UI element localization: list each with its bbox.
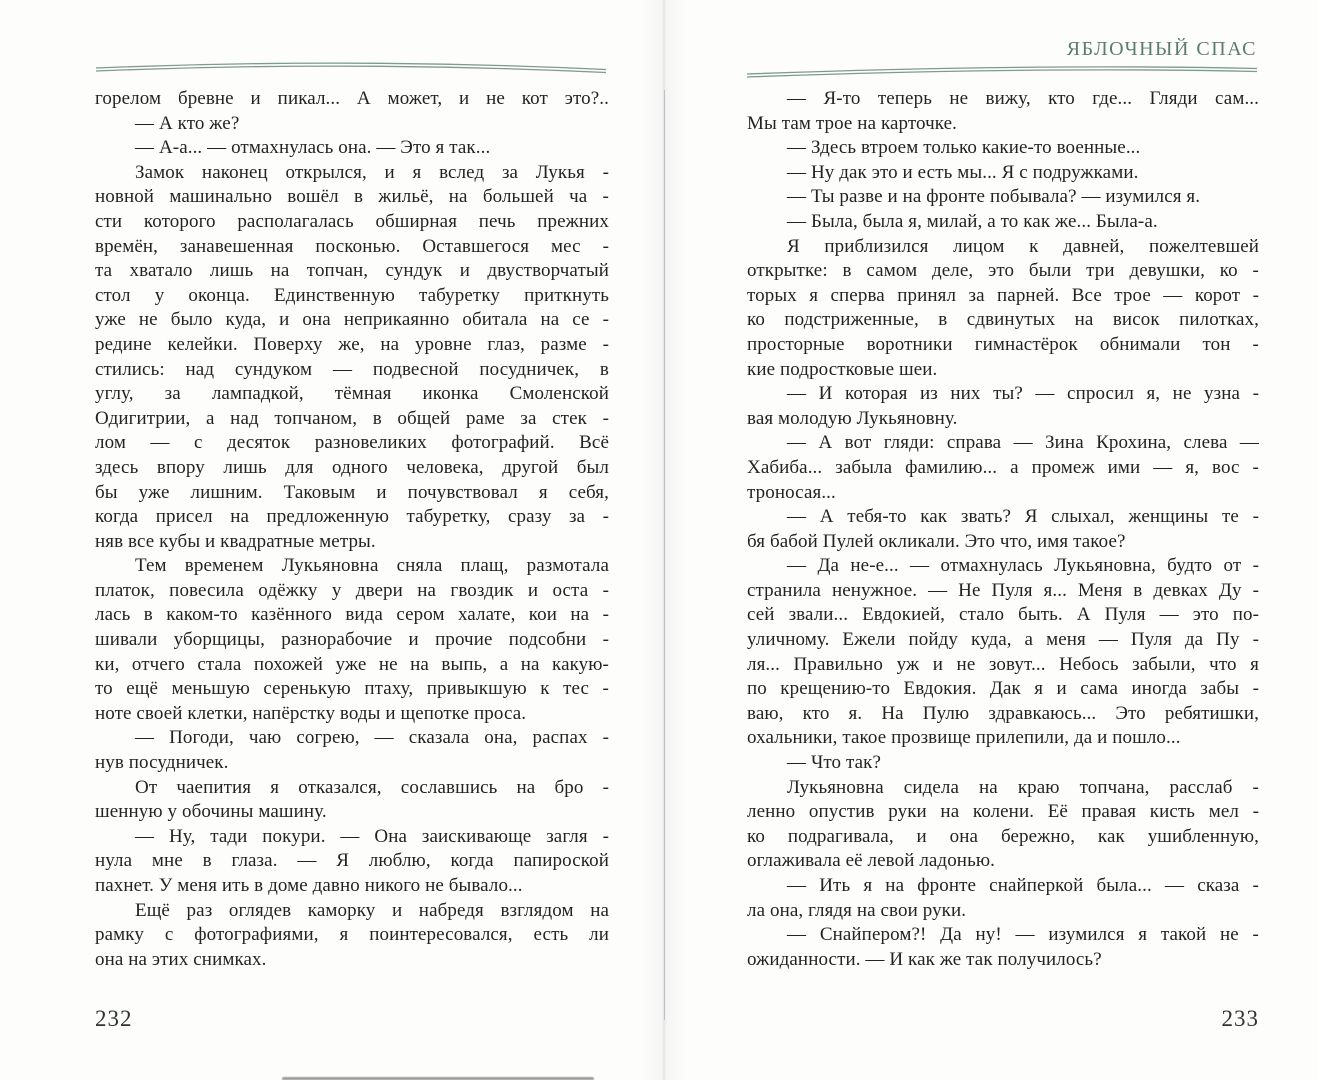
text-line: Ещё раз оглядев каморку и набредя взгляд… (95, 899, 609, 924)
text-line: ла она, глядя на свои руки. (747, 899, 1259, 924)
text-line: редине келейки. Поверху же, на уровне гл… (95, 333, 609, 358)
text-line: Хабиба... забыла фамилию... а промеж ими… (747, 456, 1259, 481)
page-number-left: 232 (95, 1006, 133, 1032)
text-line: времён, занавешенная посконью. Оставшего… (95, 235, 609, 260)
text-line: странила ненужное. — Не Пуля я... Меня в… (747, 579, 1259, 604)
text-line: — Ну дак это и есть мы... Я с подружками… (747, 161, 1259, 186)
text-line: Я приблизился лицом к давней, пожелтевше… (747, 235, 1259, 260)
text-line: — Была, была я, милай, а то как же... Бы… (747, 210, 1259, 235)
text-line: оглаживала её левой ладонью. (747, 849, 1259, 874)
text-line: уже не было куда, и она неприкаянно обит… (95, 308, 609, 333)
text-line: нув посудничек. (95, 751, 609, 776)
text-line: нула мне в глаза. — Я люблю, когда папир… (95, 849, 609, 874)
left-page-text: горелом бревне и пикал... А может, и не … (95, 87, 609, 972)
text-line: ноте своей клетки, напёрстку воды и щепо… (95, 702, 609, 727)
header-rule-left (94, 58, 609, 74)
text-line: — Ты разве и на фронте побывала? — изуми… (747, 185, 1259, 210)
text-line: От чаепития я отказался, сославшись на б… (95, 776, 609, 801)
text-line: ля... Правильно уж и не зовут... Небось … (747, 653, 1259, 678)
text-line: лась в каком-то казённого вида сером хал… (95, 603, 609, 628)
text-line: — Снайпером?! Да ну! — изумился я такой … (747, 923, 1259, 948)
gutter-crease-line (664, 90, 665, 1020)
text-line: торых я сперва принял за парней. Все тро… (747, 284, 1259, 309)
text-line: Лукьяновна сидела на краю топчана, рассл… (747, 776, 1259, 801)
text-line: ки, отчего стала похожей уже не на выпь,… (95, 653, 609, 678)
text-line: — Я-то теперь не вижу, кто где... Гляди … (747, 87, 1259, 112)
text-line: когда присел на предложенную табуретку, … (95, 505, 609, 530)
text-line: она на этих снимках. (95, 948, 609, 973)
text-line: Тем временем Лукьяновна сняла плащ, разм… (95, 554, 609, 579)
text-line: — Ну, тади покури. — Она заискивающе заг… (95, 825, 609, 850)
text-line: — А тебя-то как звать? Я слыхал, женщины… (747, 505, 1259, 530)
text-line: шенную у обочины машину. (95, 800, 609, 825)
text-line: няв все кубы и квадратные метры. (95, 530, 609, 555)
text-line: та хватало лишь на топчан, сундук и двус… (95, 259, 609, 284)
text-line: Одигитрии, а над топчаном, в общей раме … (95, 407, 609, 432)
right-page-text: — Я-то теперь не вижу, кто где... Гляди … (747, 87, 1259, 972)
text-line: шивали уборщицы, разнорабочие и прочие п… (95, 628, 609, 653)
text-line: охальники, такое прозвище прилепили, да … (747, 726, 1259, 751)
text-line: горелом бревне и пикал... А может, и не … (95, 87, 609, 112)
text-line: по крещению-то Евдокия. Дак я и сама ино… (747, 677, 1259, 702)
text-line: рамку с фотографиями, я поинтересовался,… (95, 923, 609, 948)
text-line: вая молодую Лукьяновну. (747, 407, 1259, 432)
text-line: углу, за лампадкой, тёмная иконка Смолен… (95, 382, 609, 407)
text-line: здесь впору лишь для одного человека, др… (95, 456, 609, 481)
text-line: стол у оконца. Единственную табуретку пр… (95, 284, 609, 309)
text-line: стились: над сундуком — подвесной посудн… (95, 358, 609, 383)
text-line: уличному. Ежели пойду куда, а меня — Пул… (747, 628, 1259, 653)
text-line: — Ить я на фронте снайперкой была... — с… (747, 874, 1259, 899)
text-line: платок, повесила одёжку у двери на гвозд… (95, 579, 609, 604)
text-line: пахнет. У меня ить в доме давно никого н… (95, 874, 609, 899)
text-line: троносая... (747, 481, 1259, 506)
text-line: то ещё меньшую серенькую птаху, привыкшу… (95, 677, 609, 702)
text-line: — А кто же? (95, 112, 609, 137)
text-line: бы уже лишним. Таковым и почувствовал я … (95, 481, 609, 506)
text-line: Мы там трое на карточке. (747, 112, 1259, 137)
text-line: сей звали... Евдокией, стало быть. А Пул… (747, 603, 1259, 628)
header-rule-right (745, 62, 1260, 78)
text-line: ко подстриженные, в сдвинутых на висок п… (747, 308, 1259, 333)
page-number-right: 233 (747, 1006, 1259, 1032)
text-line: — А вот гляди: справа — Зина Крохина, сл… (747, 431, 1259, 456)
text-line: бя бабой Пулей окликали. Это что, имя та… (747, 530, 1259, 555)
text-line: лом — с десяток разновеликих фотографий.… (95, 431, 609, 456)
running-head-title: ЯБЛОЧНЫЙ СПАС (747, 38, 1257, 61)
text-line: — А-а... — отмахнулась она. — Это я так.… (95, 136, 609, 161)
text-line: ленно опустив руки на колени. Её правая … (747, 800, 1259, 825)
text-line: — Погоди, чаю согрею, — сказала она, рас… (95, 726, 609, 751)
text-line: открытке: в самом деле, это были три дев… (747, 259, 1259, 284)
text-line: — И которая из них ты? — спросил я, не у… (747, 382, 1259, 407)
text-line: — Что так? (747, 751, 1259, 776)
text-line: Замок наконец открылся, и я вслед за Лук… (95, 161, 609, 186)
text-line: ожиданности. — И как же так получилось? (747, 948, 1259, 973)
text-line: новной машинально вошёл в жильё, на боль… (95, 185, 609, 210)
text-line: ко подрагивала, и она бережно, как ушибл… (747, 825, 1259, 850)
text-line: просторные воротники гимнастёрок обнимал… (747, 333, 1259, 358)
text-line: кие подростковые шеи. (747, 358, 1259, 383)
book-spread: ЯБЛОЧНЫЙ СПАС горелом бревне и пикал... … (0, 0, 1317, 1080)
text-line: — Здесь втроем только какие-то военные..… (747, 136, 1259, 161)
text-line: — Да не-е... — отмахнулась Лукьяновна, б… (747, 554, 1259, 579)
text-line: ваю, кто я. На Пулю здравкаюсь... Это ре… (747, 702, 1259, 727)
text-line: сти которого располагалась обширная печь… (95, 210, 609, 235)
